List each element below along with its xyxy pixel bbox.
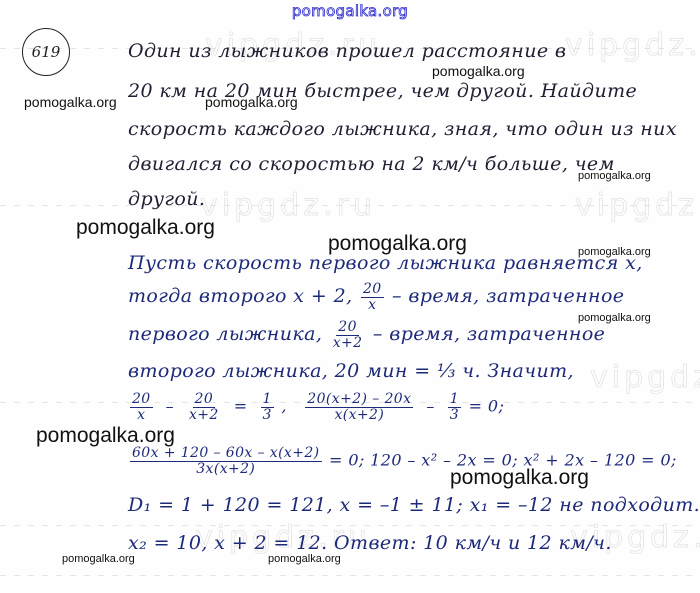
problem-line: двигался со скоростью на 2 км/ч больше, … — [128, 153, 615, 175]
operator: – — [160, 397, 179, 416]
watermark: pomogalka.org — [205, 94, 298, 110]
watermark: pomogalka.org — [432, 63, 525, 79]
watermark: pomogalka.org — [578, 246, 651, 258]
solution-text: – время, затраченное — [373, 323, 605, 345]
fraction: 20 x — [130, 392, 153, 422]
solution-text: – время, затраченное — [392, 285, 624, 307]
watermark: pomogalka.org — [268, 553, 341, 565]
top-watermark: pomogalka.org — [0, 2, 700, 20]
problem-number: 619 — [32, 43, 61, 61]
fraction-numerator: 20 — [193, 392, 216, 408]
ghost-watermark: vipgdz.ru — [565, 28, 700, 63]
watermark: pomogalka.org — [36, 424, 175, 448]
solution-line: D₁ = 1 + 120 = 121, x = –1 ± 11; x₁ = –1… — [128, 494, 700, 516]
problem-line: другой. — [128, 188, 205, 210]
solution-line: тогда второго x + 2, 20 x – время, затра… — [128, 282, 624, 312]
watermark: pomogalka.org — [578, 312, 651, 324]
watermark: pomogalka.org — [76, 216, 215, 240]
fraction: 60x + 120 – 60x – x(x+2) 3x(x+2) — [130, 446, 322, 476]
fraction-denominator: x — [366, 298, 378, 313]
fraction-numerator: 20(x+2) – 20x — [305, 392, 413, 408]
solution-line: первого лыжника, 20 x+2 – время, затраче… — [128, 320, 605, 350]
worksheet-page: vipgdz.ru vipgdz.ru vipgdz.ru vipgdz.ru … — [0, 0, 700, 593]
problem-line: скорость каждого лыжника, зная, что один… — [128, 118, 677, 140]
fraction-numerator: 20 — [130, 392, 153, 408]
operator: – — [421, 397, 440, 416]
watermark: pomogalka.org — [450, 466, 589, 490]
fraction-numerator: 60x + 120 – 60x – x(x+2) — [130, 446, 322, 462]
problem-line: Один из лыжников прошел расстояние в — [128, 40, 566, 62]
solution-text: первого лыжника, — [128, 323, 322, 345]
solution-line: второго лыжника, 20 мин = ⅓ ч. Значит, — [128, 360, 574, 382]
watermark: pomogalka.org — [24, 94, 117, 110]
fraction: 1 3 — [261, 392, 274, 422]
fraction-denominator: x+2 — [187, 408, 221, 423]
fraction-numerator: 20 — [336, 320, 359, 336]
equation-tail: = 0; — [469, 397, 505, 416]
fraction-numerator: 20 — [361, 282, 384, 298]
fraction: 20 x — [361, 282, 384, 312]
solution-text: тогда второго x + 2, — [128, 285, 353, 307]
equation-1: 20 x – 20 x+2 = 1 3 , 20(x+2) – 20x x(x+… — [128, 392, 504, 422]
fraction-numerator: 1 — [261, 392, 274, 408]
fraction: 20(x+2) – 20x x(x+2) — [305, 392, 413, 422]
fraction-denominator: x(x+2) — [332, 408, 386, 423]
watermark: pomogalka.org — [328, 232, 467, 256]
fraction: 1 3 — [448, 392, 461, 422]
watermark: pomogalka.org — [578, 170, 651, 182]
fraction-denominator: x — [135, 408, 147, 423]
equation-2: 60x + 120 – 60x – x(x+2) 3x(x+2) = 0; 12… — [128, 446, 677, 476]
ghost-watermark: vipgdz.ru — [575, 188, 700, 223]
operator: = — [228, 397, 253, 416]
fraction-denominator: x+2 — [331, 336, 365, 351]
fraction: 20 x+2 — [331, 320, 365, 350]
ghost-watermark: vipgdz.ru — [590, 360, 700, 395]
fraction-denominator: 3 — [261, 408, 274, 423]
fraction-denominator: 3 — [448, 408, 461, 423]
solution-line: x₂ = 10, x + 2 = 12. Ответ: 10 км/ч и 12… — [128, 532, 612, 554]
fraction: 20 x+2 — [187, 392, 221, 422]
guideline — [0, 575, 700, 576]
ghost-watermark: vipgdz.ru — [200, 188, 376, 223]
fraction-numerator: 1 — [448, 392, 461, 408]
watermark: pomogalka.org — [62, 553, 135, 565]
separator: , — [281, 397, 297, 416]
problem-number-circle: 619 — [22, 28, 70, 76]
fraction-denominator: 3x(x+2) — [194, 462, 257, 477]
